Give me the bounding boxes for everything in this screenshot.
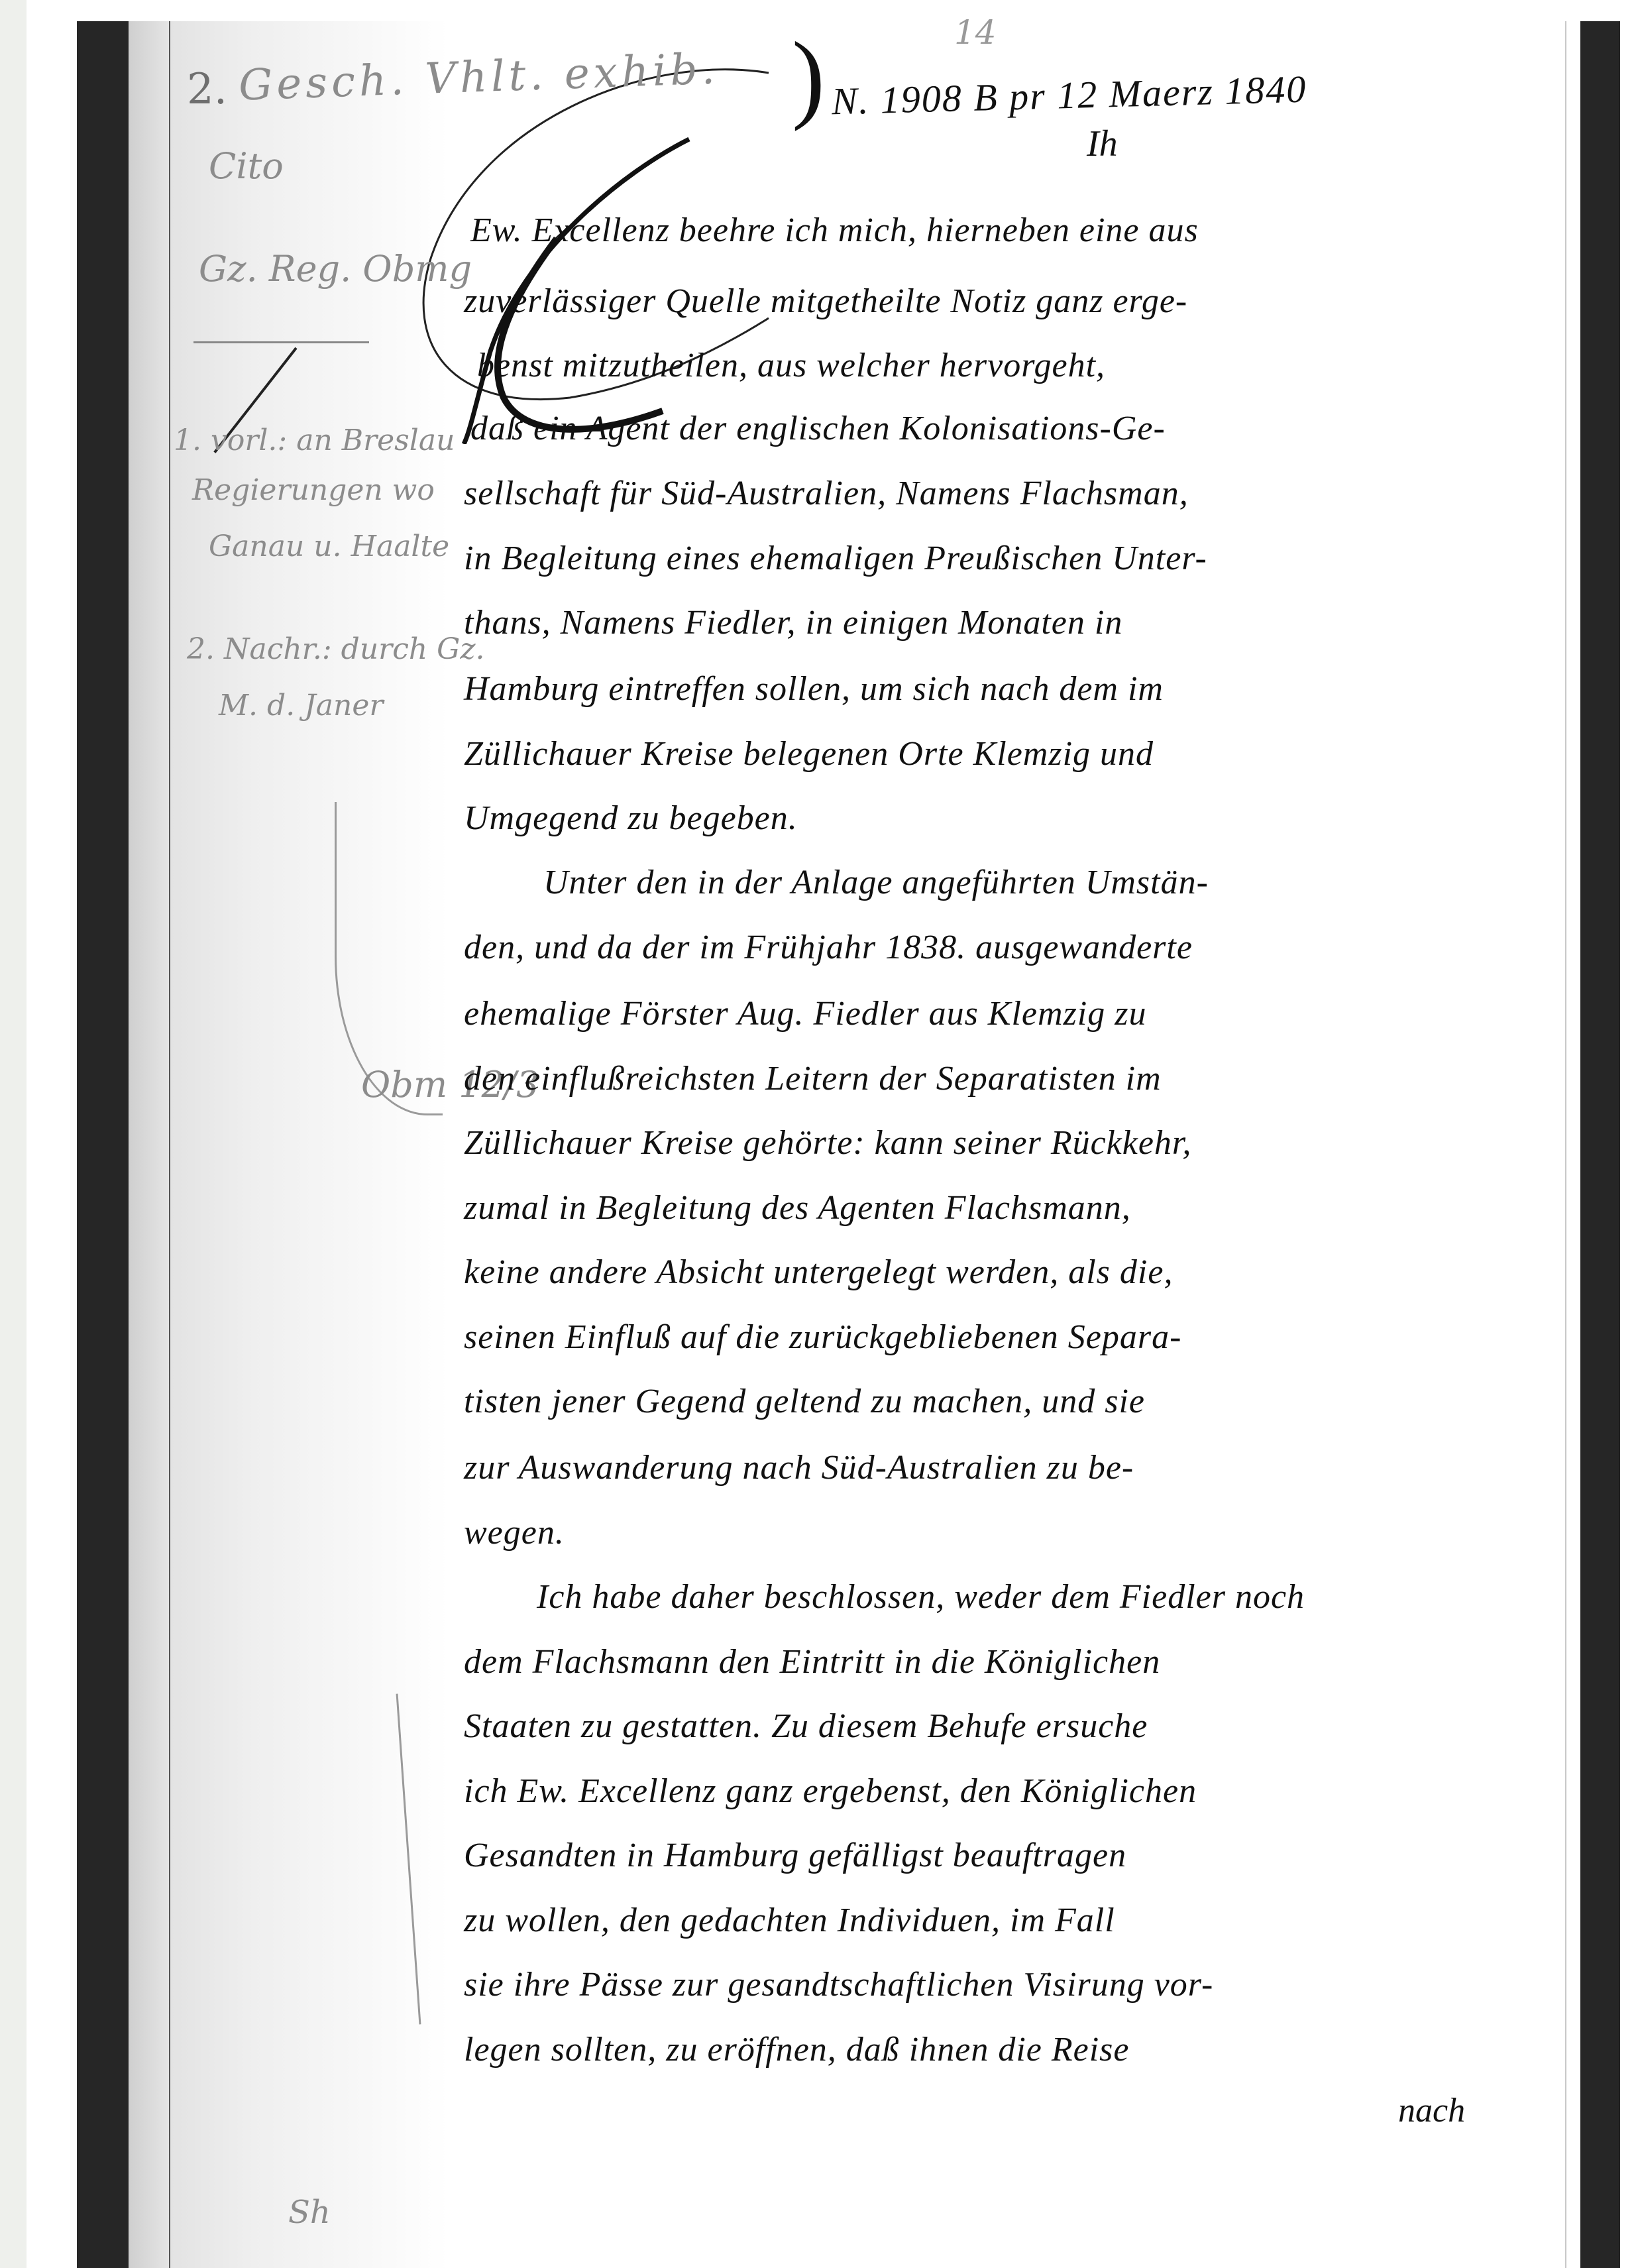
body-line: in Begleitung eines ehemaligen Preußisch… <box>464 539 1207 579</box>
body-line: sie ihre Pässe zur gesandtschaftlichen V… <box>464 1965 1213 2005</box>
body-line: Gesandten in Hamburg gefälligst beauftra… <box>464 1836 1126 1876</box>
body-line: wegen. <box>464 1513 565 1553</box>
body-line: zuverlässiger Quelle mitgetheilte Notiz … <box>464 282 1187 321</box>
right-dark-border <box>1580 21 1620 2268</box>
header-bracket: ) <box>792 20 825 134</box>
body-line: Umgegend zu begeben. <box>464 799 798 838</box>
body-line: ich Ew. Excellenz ganz ergebenst, den Kö… <box>464 1772 1197 1811</box>
body-line: seinen Einfluß auf die zurückgebliebenen… <box>464 1318 1181 1357</box>
body-line: zur Auswanderung nach Süd-Australien zu … <box>464 1448 1134 1488</box>
catchword: nach <box>1398 2091 1465 2130</box>
journal-entry: N. 1908 B pr 12 Maerz 1840 <box>831 67 1307 124</box>
scan-edge-strip <box>0 0 27 2268</box>
margin-shading <box>170 21 449 2268</box>
body-line: keine andere Absicht untergelegt werden,… <box>464 1253 1173 1292</box>
margin-underline <box>193 341 369 343</box>
margin-note-cito: Cito <box>209 146 284 187</box>
body-line: Züllichauer Kreise gehörte: kann seiner … <box>464 1123 1191 1163</box>
footer-pencil-mark: Sh <box>288 2194 331 2231</box>
left-dark-border <box>77 21 129 2268</box>
body-line: den, und da der im Frühjahr 1838. ausgew… <box>464 928 1193 968</box>
body-line: dem Flachsmann den Eintritt in die König… <box>464 1642 1160 1682</box>
body-line: thans, Namens Fiedler, in einigen Monate… <box>464 603 1122 643</box>
body-line: sellschaft für Süd-Australien, Namens Fl… <box>464 474 1189 514</box>
margin-note-1-line3: Ganau u. Haalte <box>209 530 449 564</box>
body-line: benst mitzutheilen, aus welcher hervorge… <box>477 346 1105 386</box>
folio-number: 2. <box>187 65 227 114</box>
body-line: daß ein Agent der englischen Kolonisatio… <box>470 409 1166 449</box>
left-page-edge-line <box>169 21 170 2268</box>
margin-note-reg: Gz. Reg. Obmg <box>199 249 472 290</box>
body-line: ehemalige Förster Aug. Fiedler aus Klemz… <box>464 994 1147 1034</box>
body-line: zumal in Begleitung des Agenten Flachsma… <box>464 1188 1131 1228</box>
body-line: Staaten zu gestatten. Zu diesem Behufe e… <box>464 1707 1148 1746</box>
margin-note-1-line1: 1. vorl.: an Breslau <box>174 424 455 458</box>
body-line: Unter den in der Anlage angeführten Umst… <box>543 863 1209 903</box>
body-line: den einflußreichsten Leitern der Separat… <box>464 1059 1162 1099</box>
margin-note-1-line2: Regierungen wo <box>192 474 435 508</box>
margin-note-2-line2: M. d. Janer <box>219 689 383 723</box>
body-line: Ich habe daher beschlossen, weder dem Fi… <box>537 1577 1305 1617</box>
pencil-page-number: 14 <box>954 13 997 52</box>
body-line: legen sollten, zu eröffnen, daß ihnen di… <box>464 2030 1129 2070</box>
body-line: Hamburg eintreffen sollen, um sich nach … <box>464 669 1164 709</box>
body-line: Züllichauer Kreise belegenen Orte Klemzi… <box>464 734 1154 774</box>
right-page-edge-line <box>1565 21 1566 2268</box>
body-line: tisten jener Gegend geltend zu machen, u… <box>464 1382 1145 1422</box>
margin-note-2-line1: 2. Nachr.: durch Gz. <box>187 633 485 667</box>
registrar-initials: Ih <box>1087 123 1118 165</box>
left-gray-gutter <box>129 21 170 2268</box>
body-line: zu wollen, den gedachten Individuen, im … <box>464 1901 1115 1941</box>
body-line: Ew. Excellenz beehre ich mich, hierneben… <box>470 211 1199 251</box>
